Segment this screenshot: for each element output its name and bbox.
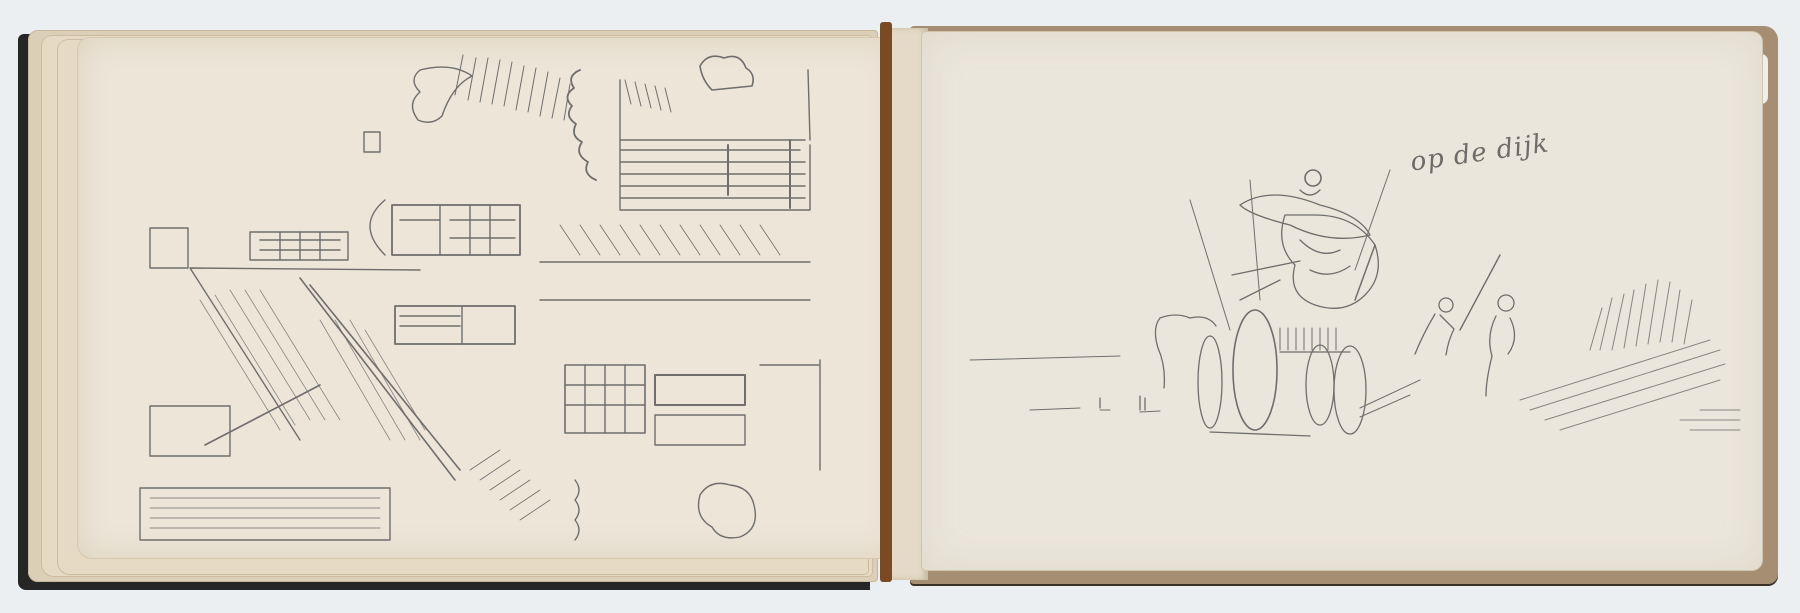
sketchbook-photo: op de dijk xyxy=(0,0,1800,613)
pencil-drawings xyxy=(0,0,1800,613)
building-sketch xyxy=(140,55,820,540)
hay-cart-sketch xyxy=(970,170,1740,436)
